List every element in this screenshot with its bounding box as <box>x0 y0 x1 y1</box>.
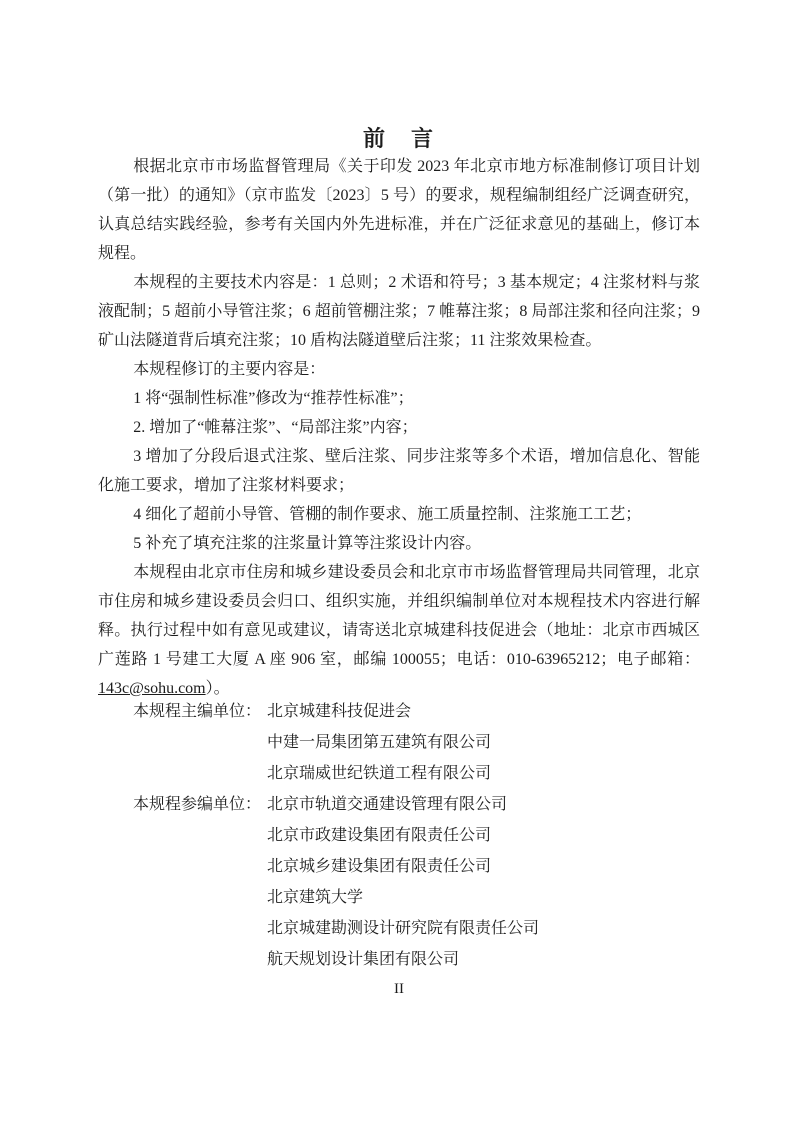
unit-label-spacer <box>98 882 267 913</box>
unit-name: 北京城乡建设集团有限责任公司 <box>267 851 491 882</box>
document-title: 前 言 <box>98 126 700 152</box>
unit-name: 航天规划设计集团有限公司 <box>267 944 459 975</box>
page-number: II <box>98 979 700 999</box>
email-link[interactable]: 143c@sohu.com <box>98 680 206 697</box>
unit-row: 北京城乡建设集团有限责任公司 <box>98 851 700 882</box>
unit-label-spacer <box>98 758 267 789</box>
unit-name: 北京建筑大学 <box>267 882 363 913</box>
revision-item: 3 增加了分段后退式注浆、壁后注浆、同步注浆等多个术语，增加信息化、智能化施工要… <box>98 442 700 500</box>
paragraph-management: 本规程由北京市住房和城乡建设委员会和北京市市场监督管理局共同管理，北京市住房和城… <box>98 558 700 703</box>
participating-editor-label: 本规程参编单位： <box>98 789 267 820</box>
unit-row: 北京城建勘测设计研究院有限责任公司 <box>98 913 700 944</box>
revision-item: 2. 增加了“帷幕注浆”、“局部注浆”内容； <box>98 413 700 442</box>
unit-row: 北京市政建设集团有限责任公司 <box>98 820 700 851</box>
management-text-before: 本规程由北京市住房和城乡建设委员会和北京市市场监督管理局共同管理，北京市住房和城… <box>98 564 700 668</box>
unit-row: 北京建筑大学 <box>98 882 700 913</box>
unit-row-chief: 本规程主编单位：北京城建科技促进会 <box>98 696 700 727</box>
management-text-after: ）。 <box>206 680 230 697</box>
unit-row: 中建一局集团第五建筑有限公司 <box>98 727 700 758</box>
revision-item: 1 将“强制性标准”修改为“推荐性标准”； <box>98 384 700 413</box>
unit-name: 北京市政建设集团有限责任公司 <box>267 820 491 851</box>
document-page: 前 言 根据北京市市场监督管理局《关于印发 2023 年北京市地方标准制修订项目… <box>0 0 800 1133</box>
unit-name: 中建一局集团第五建筑有限公司 <box>267 727 491 758</box>
unit-name: 北京市轨道交通建设管理有限公司 <box>267 789 507 820</box>
paragraph-revision-intro: 本规程修订的主要内容是： <box>98 355 700 384</box>
units-section: 本规程主编单位：北京城建科技促进会 中建一局集团第五建筑有限公司 北京瑞威世纪铁… <box>98 696 700 975</box>
revision-item: 4 细化了超前小导管、管棚的制作要求、施工质量控制、注浆施工工艺； <box>98 500 700 529</box>
unit-name: 北京瑞威世纪铁道工程有限公司 <box>267 758 491 789</box>
unit-label-spacer <box>98 944 267 975</box>
unit-row: 航天规划设计集团有限公司 <box>98 944 700 975</box>
unit-row: 北京瑞威世纪铁道工程有限公司 <box>98 758 700 789</box>
page-content: 前 言 根据北京市市场监督管理局《关于印发 2023 年北京市地方标准制修订项目… <box>98 0 700 999</box>
unit-row-participating: 本规程参编单位：北京市轨道交通建设管理有限公司 <box>98 789 700 820</box>
unit-label-spacer <box>98 820 267 851</box>
revision-item: 5 补充了填充注浆的注浆量计算等注浆设计内容。 <box>98 529 700 558</box>
unit-label-spacer <box>98 851 267 882</box>
paragraph-technical-contents: 本规程的主要技术内容是：1 总则；2 术语和符号；3 基本规定；4 注浆材料与浆… <box>98 268 700 355</box>
unit-label-spacer <box>98 913 267 944</box>
chief-editor-label: 本规程主编单位： <box>98 696 267 727</box>
unit-name: 北京城建科技促进会 <box>267 696 411 727</box>
unit-label-spacer <box>98 727 267 758</box>
unit-name: 北京城建勘测设计研究院有限责任公司 <box>267 913 539 944</box>
paragraph-basis: 根据北京市市场监督管理局《关于印发 2023 年北京市地方标准制修订项目计划（第… <box>98 152 700 268</box>
